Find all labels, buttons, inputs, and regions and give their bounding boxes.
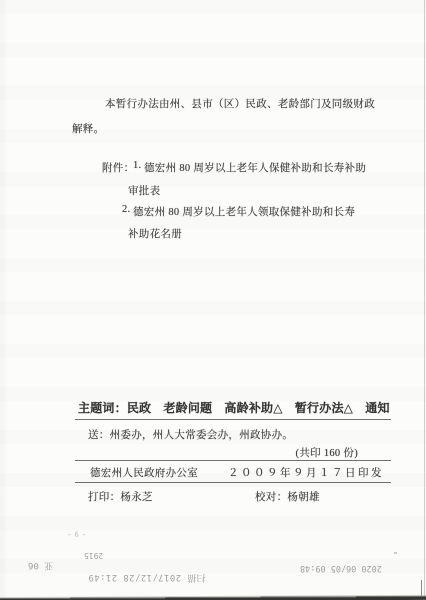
attachment-item2-number: 2. bbox=[122, 204, 130, 215]
subject-terms: 民政 老龄问题 高龄补助△ 暂行办法△ 通知 bbox=[127, 401, 390, 415]
cc-line: 送：州委办，州人大常委会办，州政协办。 bbox=[88, 427, 293, 442]
attachment-item1-line2: 审批表 bbox=[128, 183, 160, 198]
issue-date: ２００９年９月１７日印发 bbox=[228, 465, 384, 480]
subject-row: 主题词：民政 老龄问题 高龄补助△ 暂行办法△ 通知 bbox=[78, 399, 390, 416]
page-number: - 6 - bbox=[68, 530, 86, 539]
scan-right-edge-line bbox=[424, 0, 425, 600]
closing-paragraph-line2: 解释。 bbox=[72, 121, 104, 136]
attachment-item1-line1: 德宏州 80 周岁以上老年人保健补助和长寿补助 bbox=[144, 160, 366, 175]
scan-mark-id: 2915 bbox=[84, 551, 103, 560]
issuing-office: 德宏州人民政府办公室 bbox=[90, 465, 198, 480]
print-copies: (共印 160 份) bbox=[75, 445, 358, 460]
proofread-by: 校对：杨朝雄 bbox=[255, 489, 320, 504]
attachment-label: 附件： bbox=[102, 160, 134, 175]
printed-by: 打印：杨永芝 bbox=[88, 489, 153, 504]
scan-speck bbox=[394, 552, 397, 554]
attachment-item2-line2: 补助花名册 bbox=[128, 226, 182, 241]
scan-timestamp-new: 2020 06/05 09:48 bbox=[300, 563, 382, 573]
rule-under-cc bbox=[75, 460, 391, 461]
rule-under-office bbox=[75, 482, 391, 483]
attachment-item2-line1: 德宏州 80 周岁以上老年人领取保健补助和长寿 bbox=[133, 204, 355, 219]
scan-right-edge-tick bbox=[421, 580, 422, 596]
attachment-item1-number: 1. bbox=[133, 160, 141, 171]
scan-mark-left: 亚 06 bbox=[28, 560, 53, 573]
scan-timestamp-old: 扫描 2017/12/28 21:49 bbox=[88, 572, 206, 585]
subject-label: 主题词： bbox=[78, 401, 127, 415]
rule-under-subject bbox=[75, 419, 391, 420]
closing-paragraph-line1: 本暂行办法由州、县市（区）民政、老龄部门及同级财政 bbox=[105, 96, 375, 111]
scan-bottom-edge bbox=[0, 595, 426, 600]
scanned-document-page: 本暂行办法由州、县市（区）民政、老龄部门及同级财政 解释。 附件： 1. 德宏州… bbox=[0, 0, 426, 600]
